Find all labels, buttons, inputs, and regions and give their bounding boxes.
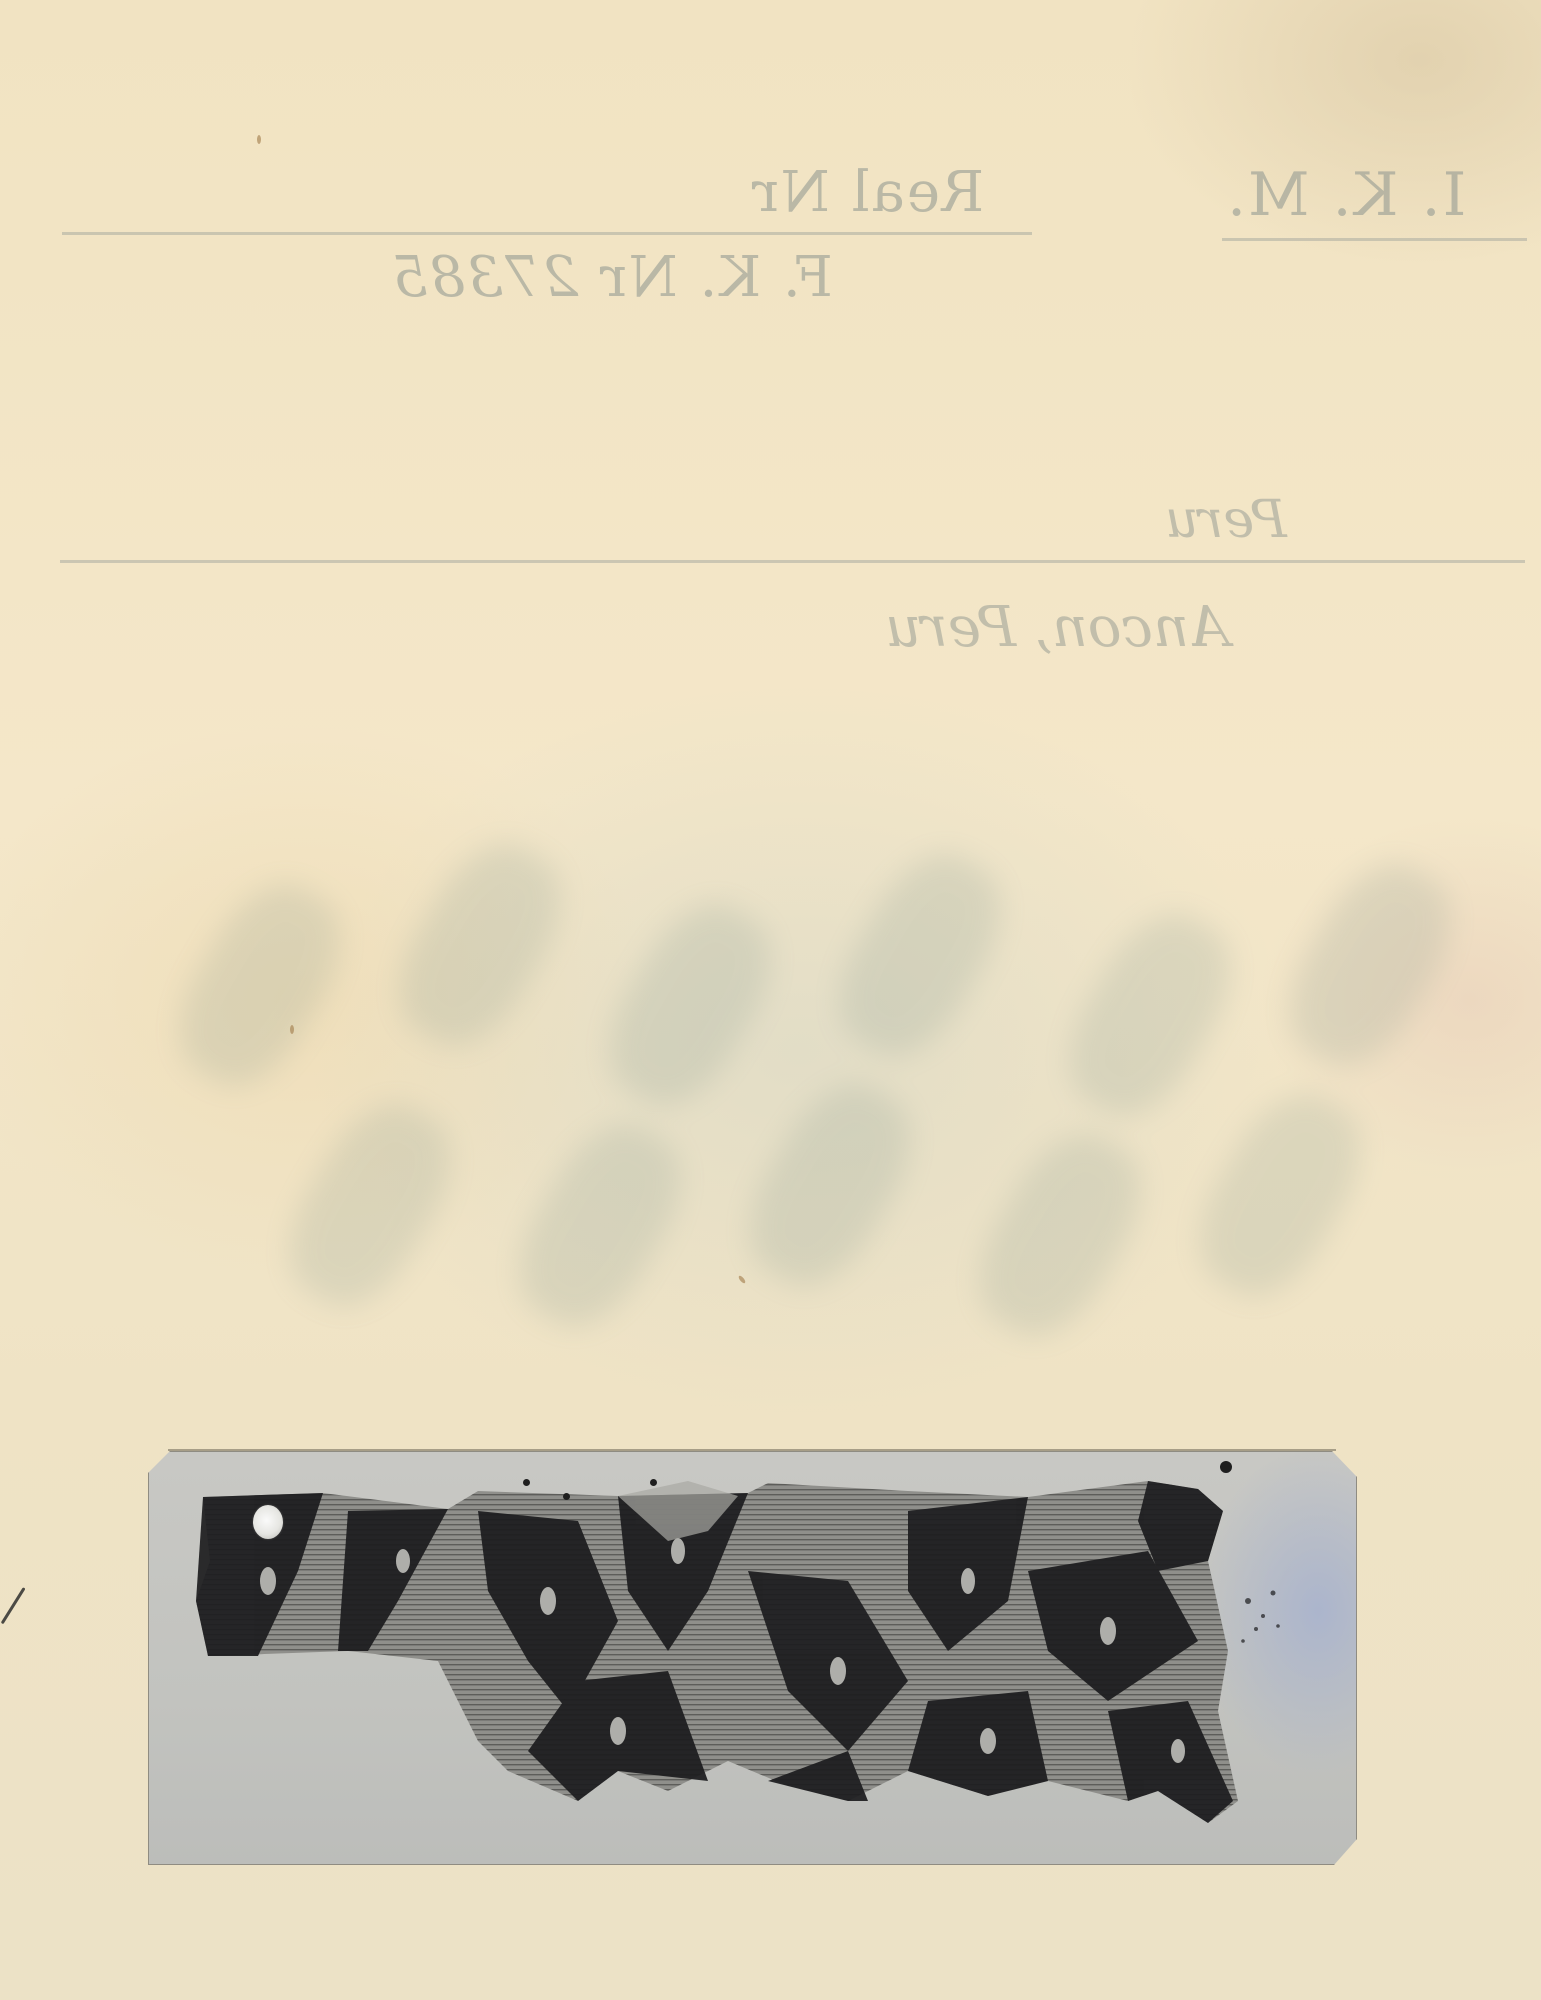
photo-edge — [168, 1449, 1336, 1451]
divider-line — [1222, 238, 1527, 241]
textile-photograph — [148, 1451, 1357, 1865]
region-text: Peru — [1165, 490, 1287, 550]
pin-hole — [523, 1479, 530, 1486]
divider-line — [60, 560, 1525, 563]
textile-fragment-image — [148, 1451, 1357, 1865]
institution-text: I. K. M. — [1225, 160, 1466, 230]
handwritten-location: Ancon, Peru — [885, 595, 1229, 660]
pin-hole — [1220, 1461, 1232, 1473]
mounting-pin — [253, 1505, 283, 1539]
handwritten-region: Peru — [1165, 490, 1287, 550]
real-number-text: Real Nr — [750, 160, 984, 225]
fk-value: 27385 — [390, 245, 578, 310]
divider-line — [62, 232, 1032, 235]
fk-number-text: F. K. Nr 27385 — [390, 245, 833, 310]
pin-hole — [650, 1479, 657, 1486]
fk-label: F. K. Nr — [598, 245, 833, 310]
show-through-textile-pattern — [160, 820, 1520, 1340]
pin-hole — [563, 1493, 570, 1500]
real-number-label: Real Nr — [750, 160, 984, 225]
fk-number-label: F. K. Nr 27385 — [390, 245, 833, 310]
location-text: Ancon, Peru — [885, 595, 1229, 660]
institution-label: I. K. M. — [1225, 160, 1466, 230]
